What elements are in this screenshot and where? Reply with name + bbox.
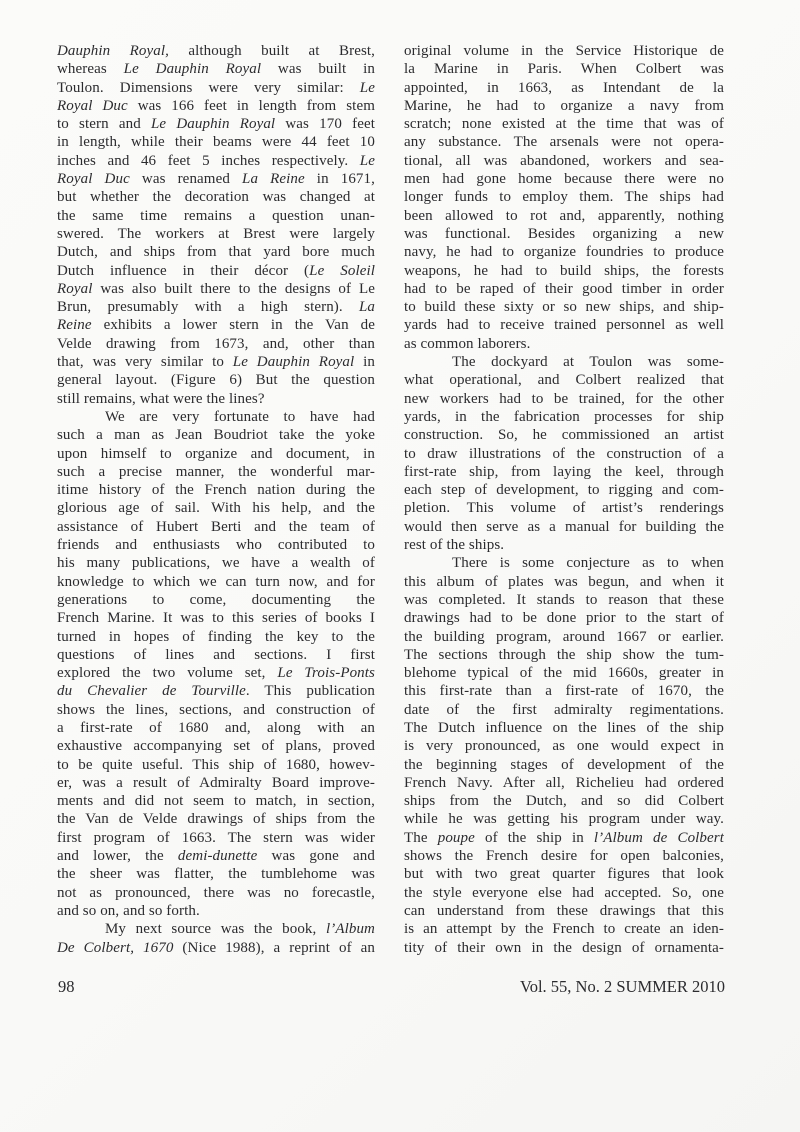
text-line: that, was very similar to Le Dauphin Roy… xyxy=(57,353,375,371)
text-line: French Marine. It was to this series of … xyxy=(57,609,375,627)
volume-issue-label: Vol. 55, No. 2 SUMMER 2010 xyxy=(520,977,725,997)
text-line: each step of development, to rigging and… xyxy=(404,481,724,499)
text-line: longer funds to employ them. The ships h… xyxy=(404,188,724,206)
text-line: The Dutch influence on the lines of the … xyxy=(404,719,724,737)
text-line: is very pronounced, as one would expect … xyxy=(404,737,724,755)
text-line: inches and 46 feet 5 inches respectively… xyxy=(57,152,375,170)
text-line: glorious age of sail. With his help, and… xyxy=(57,499,375,517)
text-line: The poupe of the ship in l’Album de Colb… xyxy=(404,829,724,847)
text-line: is an attempt by the French to create an… xyxy=(404,920,724,938)
text-line: and lower, the demi-dunette was gone and xyxy=(57,847,375,865)
text-line: navy, he had to organize foundries to pr… xyxy=(404,243,724,261)
text-line: Royal was also built there to the design… xyxy=(57,280,375,298)
text-line: such a precise manner, the wonderful mar… xyxy=(57,463,375,481)
text-line: pletion. This volume of artist’s renderi… xyxy=(404,499,724,517)
text-line: such a man as Jean Boudriot take the yok… xyxy=(57,426,375,444)
text-line: The sections through the ship show the t… xyxy=(404,646,724,664)
text-line: the beginning stages of development of t… xyxy=(404,756,724,774)
text-line: date of the first admiralty regimentatio… xyxy=(404,701,724,719)
text-line: exhaustive accompanying set of plans, pr… xyxy=(57,737,375,755)
text-line: Reine exhibits a lower stern in the Van … xyxy=(57,316,375,334)
text-line: the style everyone else had accepted. So… xyxy=(404,884,724,902)
text-line: The dockyard at Toulon was some- xyxy=(404,353,724,371)
text-line: Dauphin Royal, although built at Brest, xyxy=(57,42,375,60)
text-line: turned in hopes of finding the key to th… xyxy=(57,628,375,646)
text-line: what operational, and Colbert realized t… xyxy=(404,371,724,389)
text-line: new workers had to be trained, for the o… xyxy=(404,390,724,408)
text-line: any substance. The arsenals were not ope… xyxy=(404,133,724,151)
text-line: There is some conjecture as to when xyxy=(404,554,724,572)
text-line: Dutch influence in their décor (Le Solei… xyxy=(57,262,375,280)
text-line: la Marine in Paris. When Colbert was xyxy=(404,60,724,78)
text-line: questions of lines and sections. I first xyxy=(57,646,375,664)
text-line: blehome typical of the mid 1660s, greate… xyxy=(404,664,724,682)
text-line: to stern and Le Dauphin Royal was 170 fe… xyxy=(57,115,375,133)
text-line: tity of their own in the design of ornam… xyxy=(404,939,724,957)
text-line: My next source was the book, l’Album xyxy=(57,920,375,938)
text-line: De Colbert, 1670 (Nice 1988), a reprint … xyxy=(57,939,375,957)
text-line: shows the French desire for open balconi… xyxy=(404,847,724,865)
text-line: upon himself to organize and document, i… xyxy=(57,445,375,463)
text-line: explored the two volume set, Le Trois-Po… xyxy=(57,664,375,682)
text-line: knowledge to which we can turn now, and … xyxy=(57,573,375,591)
text-line: assistance of Hubert Berti and the team … xyxy=(57,518,375,536)
text-line: We are very fortunate to have had xyxy=(57,408,375,426)
text-line: scratch; none existed at the time that w… xyxy=(404,115,724,133)
text-line: first program of 1663. The stern was wid… xyxy=(57,829,375,847)
text-line: this first-rate than a first-rate of 167… xyxy=(404,682,724,700)
text-line: whereas Le Dauphin Royal was built in xyxy=(57,60,375,78)
text-line: swered. The workers at Brest were largel… xyxy=(57,225,375,243)
left-text-column: Dauphin Royal, although built at Brest,w… xyxy=(57,42,375,957)
text-line: appointed, in 1663, as Intendant de la xyxy=(404,79,724,97)
text-line: Royal Duc was renamed La Reine in 1671, xyxy=(57,170,375,188)
text-line: not as pronounced, there was no forecast… xyxy=(57,884,375,902)
text-line: still remains, what were the lines? xyxy=(57,390,375,408)
text-line: was completed. It stands to reason that … xyxy=(404,591,724,609)
text-line: original volume in the Service Historiqu… xyxy=(404,42,724,60)
page-number: 98 xyxy=(58,977,75,997)
text-line: been allowed to rot and, apparently, not… xyxy=(404,207,724,225)
text-line: had to be raped of their good timber in … xyxy=(404,280,724,298)
text-line: rest of the ships. xyxy=(404,536,724,554)
text-line: can understand from these drawings that … xyxy=(404,902,724,920)
text-line: weapons, he had to build ships, the fore… xyxy=(404,262,724,280)
text-line: er, was a result of Admiralty Board impr… xyxy=(57,774,375,792)
text-line: yards had to receive trained personnel a… xyxy=(404,316,724,334)
right-text-column: original volume in the Service Historiqu… xyxy=(404,42,724,957)
text-line: his many publications, we have a wealth … xyxy=(57,554,375,572)
text-line: Royal Duc was 166 feet in length from st… xyxy=(57,97,375,115)
text-line: construction. So, he commissioned an art… xyxy=(404,426,724,444)
text-line: Velde drawing from 1673, and, other than xyxy=(57,335,375,353)
text-line: in length, while their beams were 44 fee… xyxy=(57,133,375,151)
text-line: a first-rate of 1680 and, along with an xyxy=(57,719,375,737)
text-line: the Van de Velde drawings of ships from … xyxy=(57,810,375,828)
text-line: but whether the decoration was changed a… xyxy=(57,188,375,206)
text-line: as common laborers. xyxy=(404,335,724,353)
text-line: men had gone home because there were no xyxy=(404,170,724,188)
text-line: drawings had to be done prior to the sta… xyxy=(404,609,724,627)
text-line: tional, all was abandoned, workers and s… xyxy=(404,152,724,170)
text-line: and so on, and so forth. xyxy=(57,902,375,920)
text-line: Dutch, and ships from that yard bore muc… xyxy=(57,243,375,261)
text-line: French Navy. After all, Richelieu had or… xyxy=(404,774,724,792)
text-line: the building program, around 1667 or ear… xyxy=(404,628,724,646)
text-line: first-rate ship, from laying the keel, t… xyxy=(404,463,724,481)
text-line: Brun, presumably with a high stern). La xyxy=(57,298,375,316)
text-line: ments and did not seem to match, in sect… xyxy=(57,792,375,810)
text-line: itime history of the French nation durin… xyxy=(57,481,375,499)
text-line: yards, in the fabrication processes for … xyxy=(404,408,724,426)
text-line: the sheer was flatter, the tumblehome wa… xyxy=(57,865,375,883)
text-line: to be quite useful. This ship of 1680, h… xyxy=(57,756,375,774)
text-line: was functional. Besides organizing a new xyxy=(404,225,724,243)
text-line: while he was getting his program under w… xyxy=(404,810,724,828)
text-line: Marine, he had to organize a navy from xyxy=(404,97,724,115)
journal-page: Dauphin Royal, although built at Brest,w… xyxy=(0,0,800,1132)
text-line: would then serve as a manual for buildin… xyxy=(404,518,724,536)
text-line: the same time remains a question unan- xyxy=(57,207,375,225)
text-line: to build these sixty or so new ships, an… xyxy=(404,298,724,316)
text-line: to draw illustrations of the constructio… xyxy=(404,445,724,463)
text-line: general layout. (Figure 6) But the quest… xyxy=(57,371,375,389)
text-line: generations to come, documenting the xyxy=(57,591,375,609)
text-line: shows the lines, sections, and construct… xyxy=(57,701,375,719)
text-line: ships from the Dutch, and so did Colbert xyxy=(404,792,724,810)
text-line: friends and enthusiasts who contributed … xyxy=(57,536,375,554)
text-line: Toulon. Dimensions were very similar: Le xyxy=(57,79,375,97)
text-line: but with two great quarter figures that … xyxy=(404,865,724,883)
text-line: this album of plates was begun, and when… xyxy=(404,573,724,591)
text-line: du Chevalier de Tourville. This publicat… xyxy=(57,682,375,700)
